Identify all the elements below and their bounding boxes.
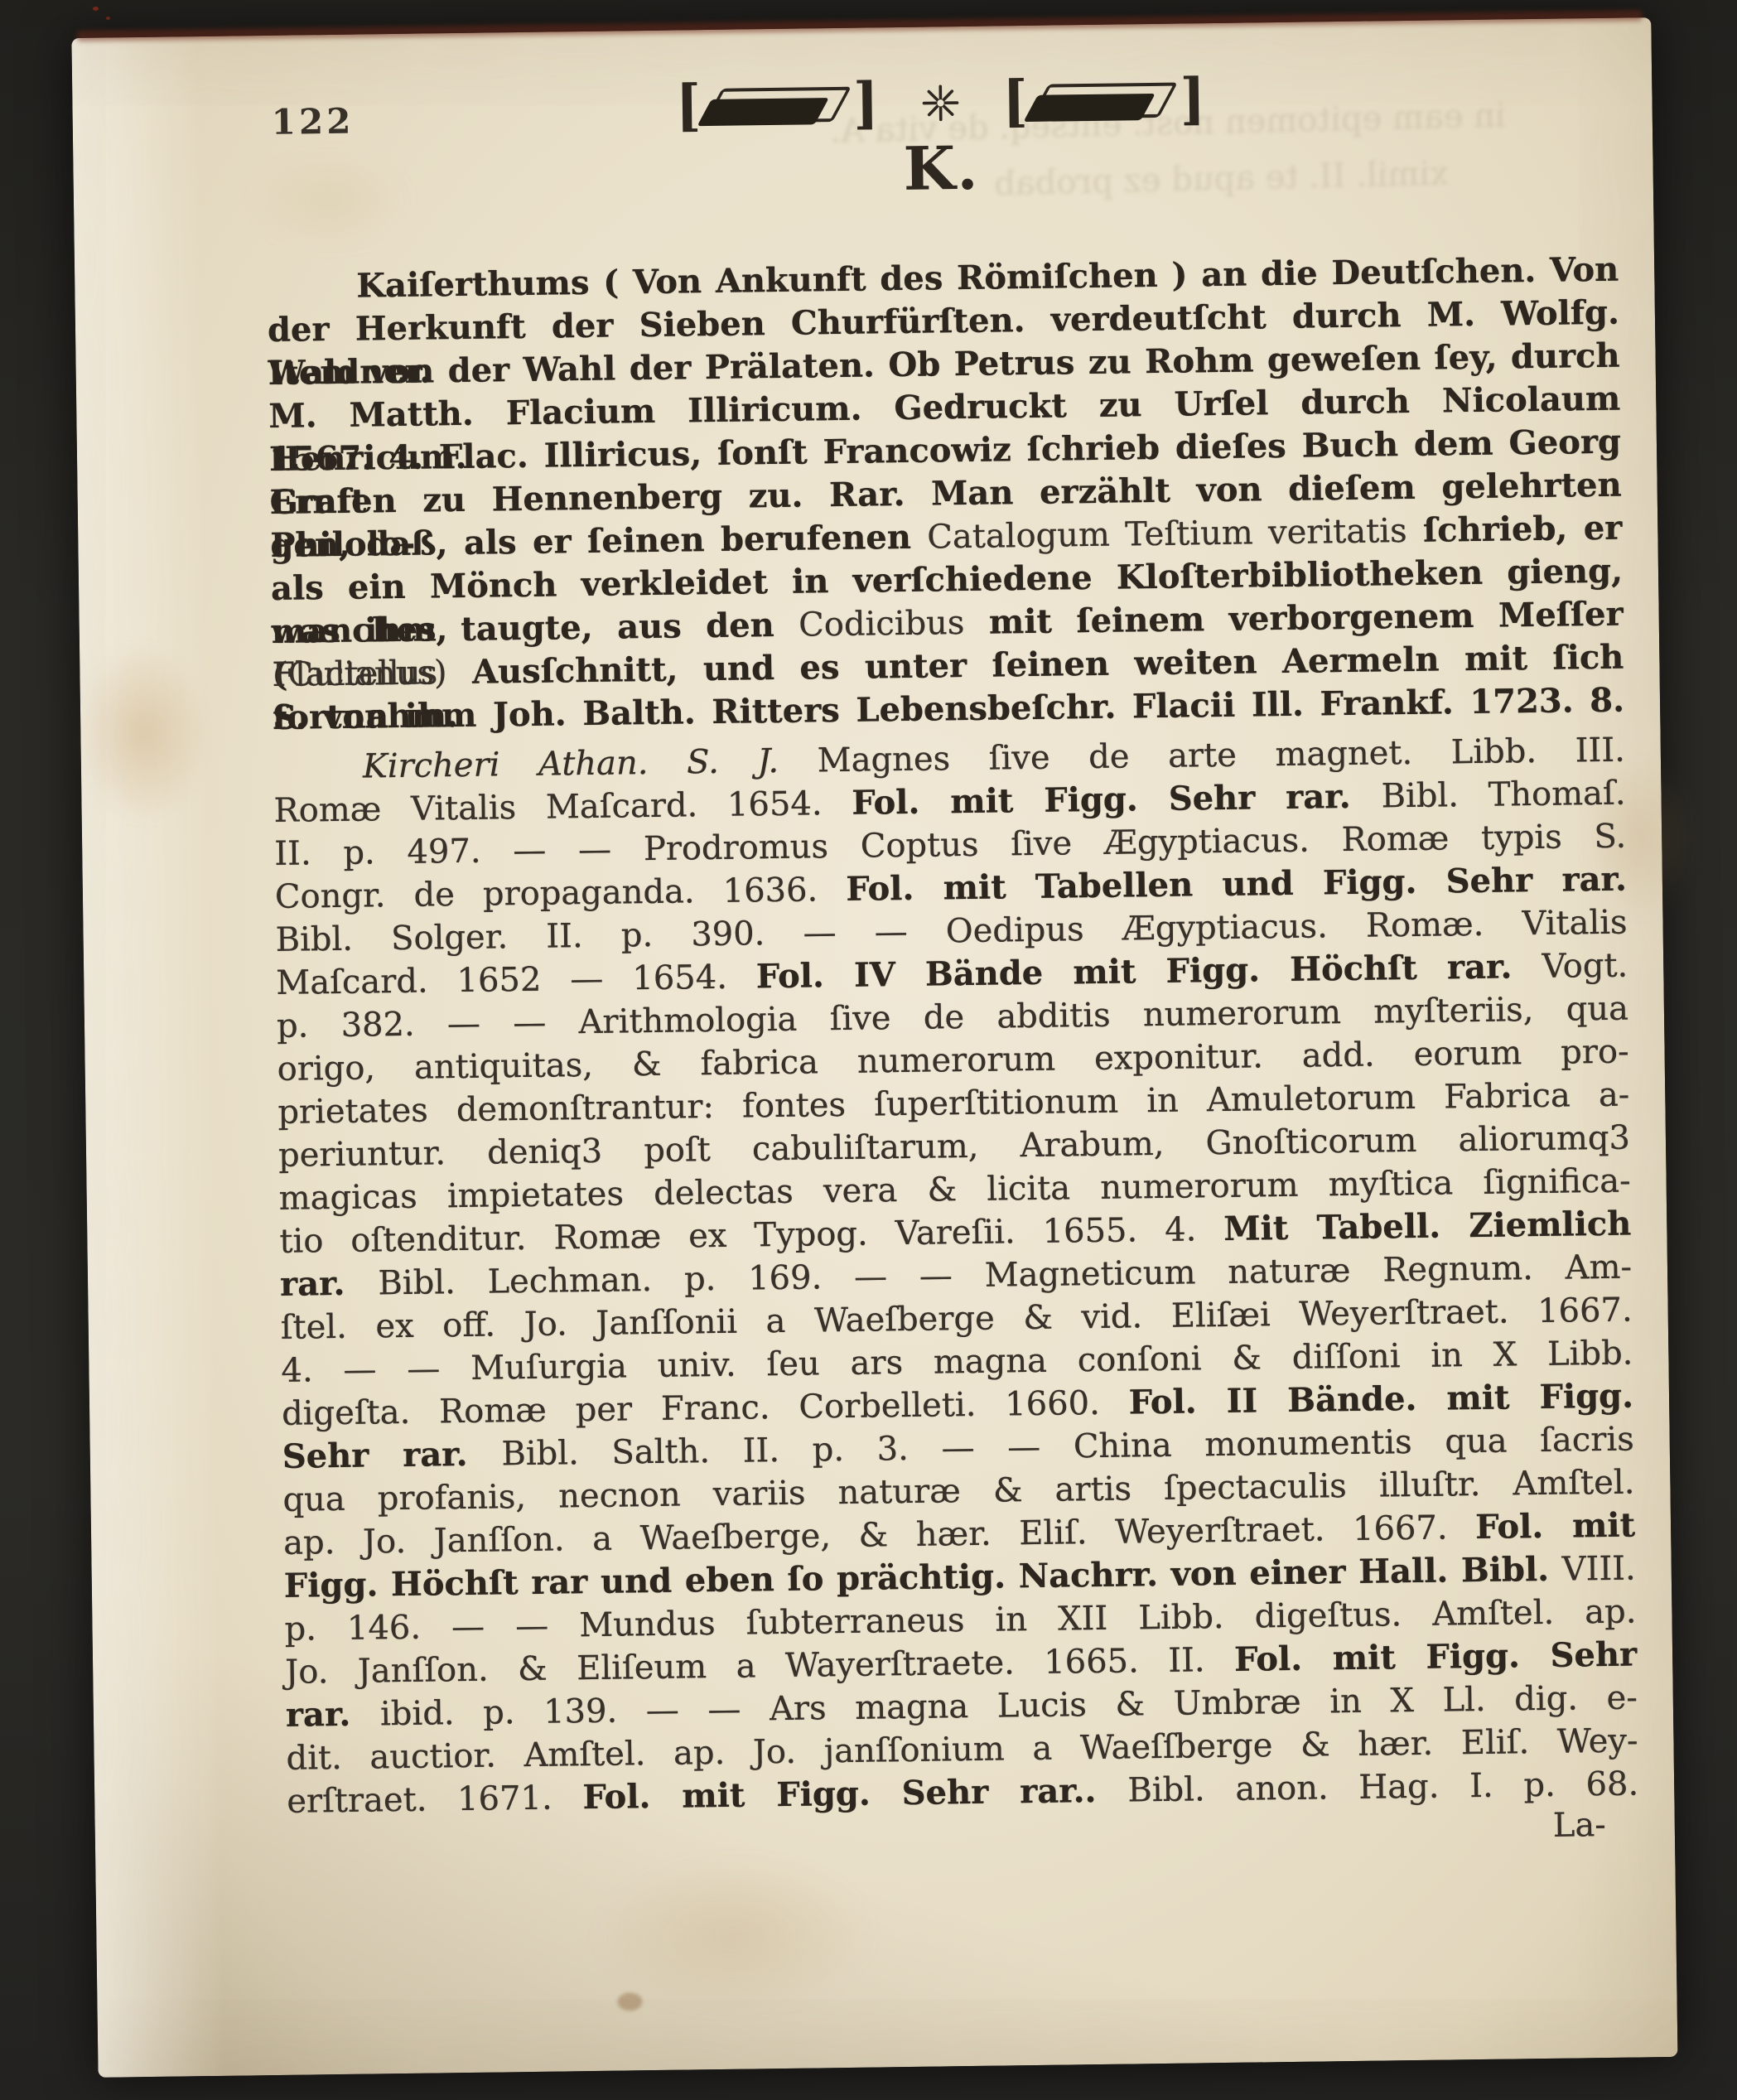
asterisk-ornament: [921, 84, 960, 123]
text-block: Kaiſerthums ( Von Ankunft des Römiſchen …: [267, 249, 1638, 1823]
red-edge-speck: [93, 7, 99, 11]
text-segment: gen, daß, als er ſeinen berufenen: [270, 518, 928, 565]
scan-background: in eam epitomen nost. entseq. de vita A.…: [0, 0, 1737, 2100]
text-segment: Vogt.: [1542, 947, 1628, 986]
text-segment: erſtraet. 1671.: [287, 1779, 583, 1821]
rule-bar-icon: [703, 87, 852, 123]
text-segment: was ihm taugte, aus den: [271, 606, 799, 651]
text-segment: Kircheri Athan. S. J.: [363, 742, 779, 786]
text-segment: Fol. mit Tabellen und Figg. Sehr rar.: [846, 860, 1627, 909]
text-segment: Fol. II Bände. mit Figg.: [1128, 1377, 1633, 1422]
text-segment: Fol. mit: [1475, 1505, 1635, 1547]
book-page: in eam epitomen nost. entseq. de vita A.…: [71, 17, 1677, 2078]
paragraph-2: Kircheri Athan. S. J. Magnes ſive de art…: [273, 729, 1639, 1823]
rule-bar-icon: [1030, 83, 1178, 119]
foxing-stain: [46, 608, 239, 859]
text-segment: Romæ Vitalis Maſcard. 1654.: [273, 784, 852, 830]
text-segment: rar.: [286, 1694, 381, 1734]
paragraph-1: Kaiſerthums ( Von Ankunft des Römiſchen …: [267, 249, 1624, 740]
foxing-stain: [617, 1992, 642, 2011]
text-segment: VIII.: [1561, 1549, 1636, 1588]
text-segment: Fol. mit Figg. Sehr rar..: [582, 1771, 1128, 1818]
text-segment: Mit Tabell. Ziemlich: [1223, 1204, 1632, 1248]
text-segment: Catalogum Teſtium veritatis: [927, 512, 1407, 557]
foxing-stain: [543, 1825, 926, 2045]
text-segment: Fol. mit Figg. Sehr rar.: [852, 776, 1382, 822]
text-segment: Codicibus: [799, 604, 965, 644]
red-edge-speck: [106, 17, 110, 20]
text-segment: Fol. IV Bände mit Figg. Höchſt rar.: [756, 947, 1542, 996]
text-segment: ſchrieb, er: [1406, 509, 1622, 550]
bracket-rule-ornament: [ ]: [676, 79, 879, 131]
text-segment: Fol. mit Figg. Sehr: [1234, 1634, 1638, 1678]
text-segment: rar.: [280, 1263, 379, 1304]
text-segment: Sehr rar.: [282, 1434, 502, 1475]
bracket-rule-ornament: [ ]: [1002, 75, 1205, 127]
close-bracket-glyph: ]: [853, 78, 879, 130]
close-bracket-glyph: ]: [1180, 74, 1205, 126]
text-segment: Flacianus): [272, 654, 447, 694]
text-segment: Congr. de propaganda. 1636.: [275, 871, 847, 916]
book-edge-tint: [76, 10, 1643, 41]
text-segment: Bibl. anon. Hag. I. p. 68.: [1127, 1764, 1638, 1809]
text-segment: Bibl. Thomaſ.: [1381, 775, 1625, 816]
text-segment: Maſcard. 1652 — 1654.: [276, 958, 756, 1002]
